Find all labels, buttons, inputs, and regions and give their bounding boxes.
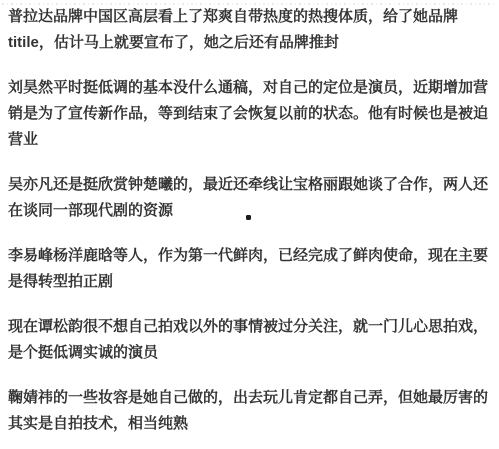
text-line: 营业 [8, 127, 494, 153]
text-line: 普拉达品牌中国区高层看上了郑爽自带热度的热搜体质，给了她品牌 [8, 4, 494, 30]
text-line: 是个挺低调实诚的演员 [8, 340, 494, 366]
text-line: 现在谭松韵很不想自己拍戏以外的事情被过分关注，就一门儿心思拍戏， [8, 314, 494, 340]
text-line: 是得转型拍正剧 [8, 269, 494, 295]
text-line: titile，估计马上就要宣布了，她之后还有品牌推封 [8, 30, 494, 56]
text-line: 其实是自拍技术，相当纯熟 [8, 411, 494, 437]
paragraph-liyifeng-yangyang-luhan: 李易峰杨洋鹿晗等人，作为第一代鲜肉，已经完成了鲜肉使命，现在主要 是得转型拍正剧 [8, 243, 494, 295]
paragraph-liuhaoran: 刘昊然平时挺低调的基本没什么通稿，对自己的定位是演员，近期增加营 销是为了宣传新… [8, 75, 494, 153]
text-line: 鞠婧祎的一些妆容是她自己做的，出去玩儿肯定都自己弄，但她最厉害的 [8, 385, 494, 411]
article-body: 普拉达品牌中国区高层看上了郑爽自带热度的热搜体质，给了她品牌 titile，估计… [8, 4, 494, 449]
paragraph-wuyifan-zhongchuxi: 吴亦凡还是挺欣赏钟楚曦的，最近还牵线让宝格丽跟她谈了合作，两人还 在谈同一部现代… [8, 172, 494, 224]
text-line: 在谈同一部现代剧的资源 [8, 198, 494, 224]
text-line: 刘昊然平时挺低调的基本没什么通稿，对自己的定位是演员，近期增加营 [8, 75, 494, 101]
text-line: 李易峰杨洋鹿晗等人，作为第一代鲜肉，已经完成了鲜肉使命，现在主要 [8, 243, 494, 269]
paragraph-jujingyi: 鞠婧祎的一些妆容是她自己做的，出去玩儿肯定都自己弄，但她最厉害的 其实是自拍技术… [8, 385, 494, 437]
paragraph-zhengshuang-prada: 普拉达品牌中国区高层看上了郑爽自带热度的热搜体质，给了她品牌 titile，估计… [8, 4, 494, 56]
paragraph-tansongyun: 现在谭松韵很不想自己拍戏以外的事情被过分关注，就一门儿心思拍戏， 是个挺低调实诚… [8, 314, 494, 366]
stray-dot-mark [246, 215, 251, 220]
text-line: 销是为了宣传新作品，等到结束了会恢复以前的状态。他有时候也是被迫 [8, 101, 494, 127]
text-line: 吴亦凡还是挺欣赏钟楚曦的，最近还牵线让宝格丽跟她谈了合作，两人还 [8, 172, 494, 198]
